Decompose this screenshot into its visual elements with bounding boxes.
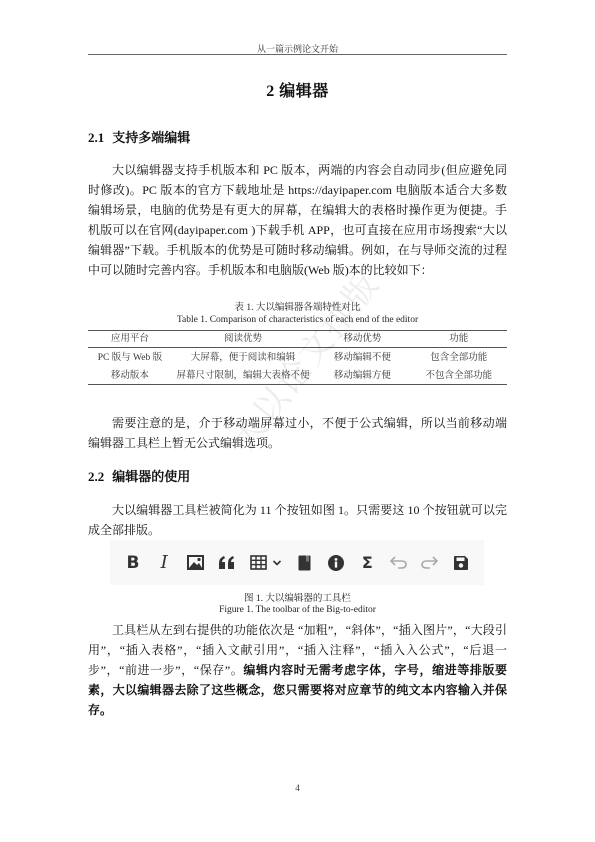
column-header: 功能	[411, 331, 507, 348]
section-title-text: 编辑器的使用	[112, 469, 190, 484]
image-icon	[187, 555, 204, 570]
table-cell: 移动编辑方便	[314, 368, 410, 385]
save-button[interactable]	[452, 552, 470, 574]
undo-button[interactable]	[390, 552, 408, 574]
insert-image-button[interactable]	[186, 552, 204, 574]
insert-note-button[interactable]	[327, 552, 345, 574]
section-heading-2-2: 2.2编辑器的使用	[88, 466, 190, 485]
table-cell: 移动编辑不便	[314, 348, 410, 369]
table-caption-en: Table 1. Comparison of characteristics o…	[88, 315, 507, 325]
book-icon	[298, 555, 311, 571]
undo-icon	[390, 556, 407, 569]
final-paragraph: 工具栏从左到右提供的功能依次是 “加粗”，“斜体”，“插入图片”，“大段引用”，…	[88, 620, 507, 720]
section-2-1-paragraph: 大以编辑器支持手机版本和 PC 版本，两端的内容会自动同步(但应避免同时修改)。…	[88, 160, 507, 280]
table-cell: 不包含全部功能	[411, 368, 507, 385]
insert-reference-button[interactable]	[296, 552, 314, 574]
table-icon	[250, 555, 267, 570]
save-icon	[453, 555, 469, 571]
figure-caption-cn: 图 1. 大以编辑器的工具栏	[88, 590, 507, 604]
figure-caption-en: Figure 1. The toolbar of the Big-to-edit…	[88, 605, 507, 615]
table-cell: 包含全部功能	[411, 348, 507, 369]
table-caption-cn: 表 1. 大以编辑器各端特性对比	[88, 299, 507, 313]
chapter-title: 2 编辑器	[0, 78, 595, 101]
bold-icon: B	[127, 553, 140, 573]
editor-toolbar-figure: B I	[110, 540, 484, 585]
section-2-2-paragraph: 大以编辑器工具栏被简化为 11 个按钮如图 1。只需要这 10 个按钮就可以完成…	[88, 500, 507, 540]
redo-button[interactable]	[421, 552, 439, 574]
info-icon	[328, 555, 344, 571]
header-rule	[88, 54, 507, 55]
table-cell: 大屏幕，便于阅读和编辑	[172, 348, 314, 369]
italic-icon: I	[161, 552, 168, 573]
section-number: 2.2	[88, 469, 104, 484]
italic-button[interactable]: I	[155, 552, 173, 574]
note-paragraph: 需要注意的是，介于移动端屏幕过小，不便于公式编辑，所以当前移动端编辑器工具栏上暂…	[88, 413, 507, 453]
table-cell: 移动版本	[88, 368, 172, 385]
document-page: 从一篇示例论文开始 2 编辑器 2.1支持多端编辑 大以编辑器支持手机版本和 P…	[0, 0, 595, 842]
redo-icon	[421, 556, 438, 569]
table-header-row: 应用平台 阅读优势 移动优势 功能	[88, 331, 507, 348]
insert-formula-button[interactable]: Σ	[358, 552, 376, 574]
page-number: 4	[0, 783, 595, 793]
quote-icon	[218, 556, 235, 569]
column-header: 移动优势	[314, 331, 410, 348]
bold-button[interactable]: B	[124, 552, 142, 574]
table-row: PC 版与 Web 版 大屏幕，便于阅读和编辑 移动编辑不便 包含全部功能	[88, 348, 507, 369]
table-row: 移动版本 屏幕尺寸限制，编辑大表格不便 移动编辑方便 不包含全部功能	[88, 368, 507, 385]
comparison-table: 应用平台 阅读优势 移动优势 功能 PC 版与 Web 版 大屏幕，便于阅读和编…	[88, 330, 507, 385]
table-cell: 屏幕尺寸限制，编辑大表格不便	[172, 368, 314, 385]
insert-table-button[interactable]	[249, 552, 283, 574]
blockquote-button[interactable]	[218, 552, 236, 574]
sigma-icon: Σ	[362, 553, 373, 572]
column-header: 阅读优势	[172, 331, 314, 348]
chevron-down-icon[interactable]	[272, 559, 282, 567]
section-number: 2.1	[88, 130, 104, 145]
section-title-text: 支持多端编辑	[112, 130, 190, 145]
section-heading-2-1: 2.1支持多端编辑	[88, 127, 190, 146]
column-header: 应用平台	[88, 331, 172, 348]
table-cell: PC 版与 Web 版	[88, 348, 172, 369]
